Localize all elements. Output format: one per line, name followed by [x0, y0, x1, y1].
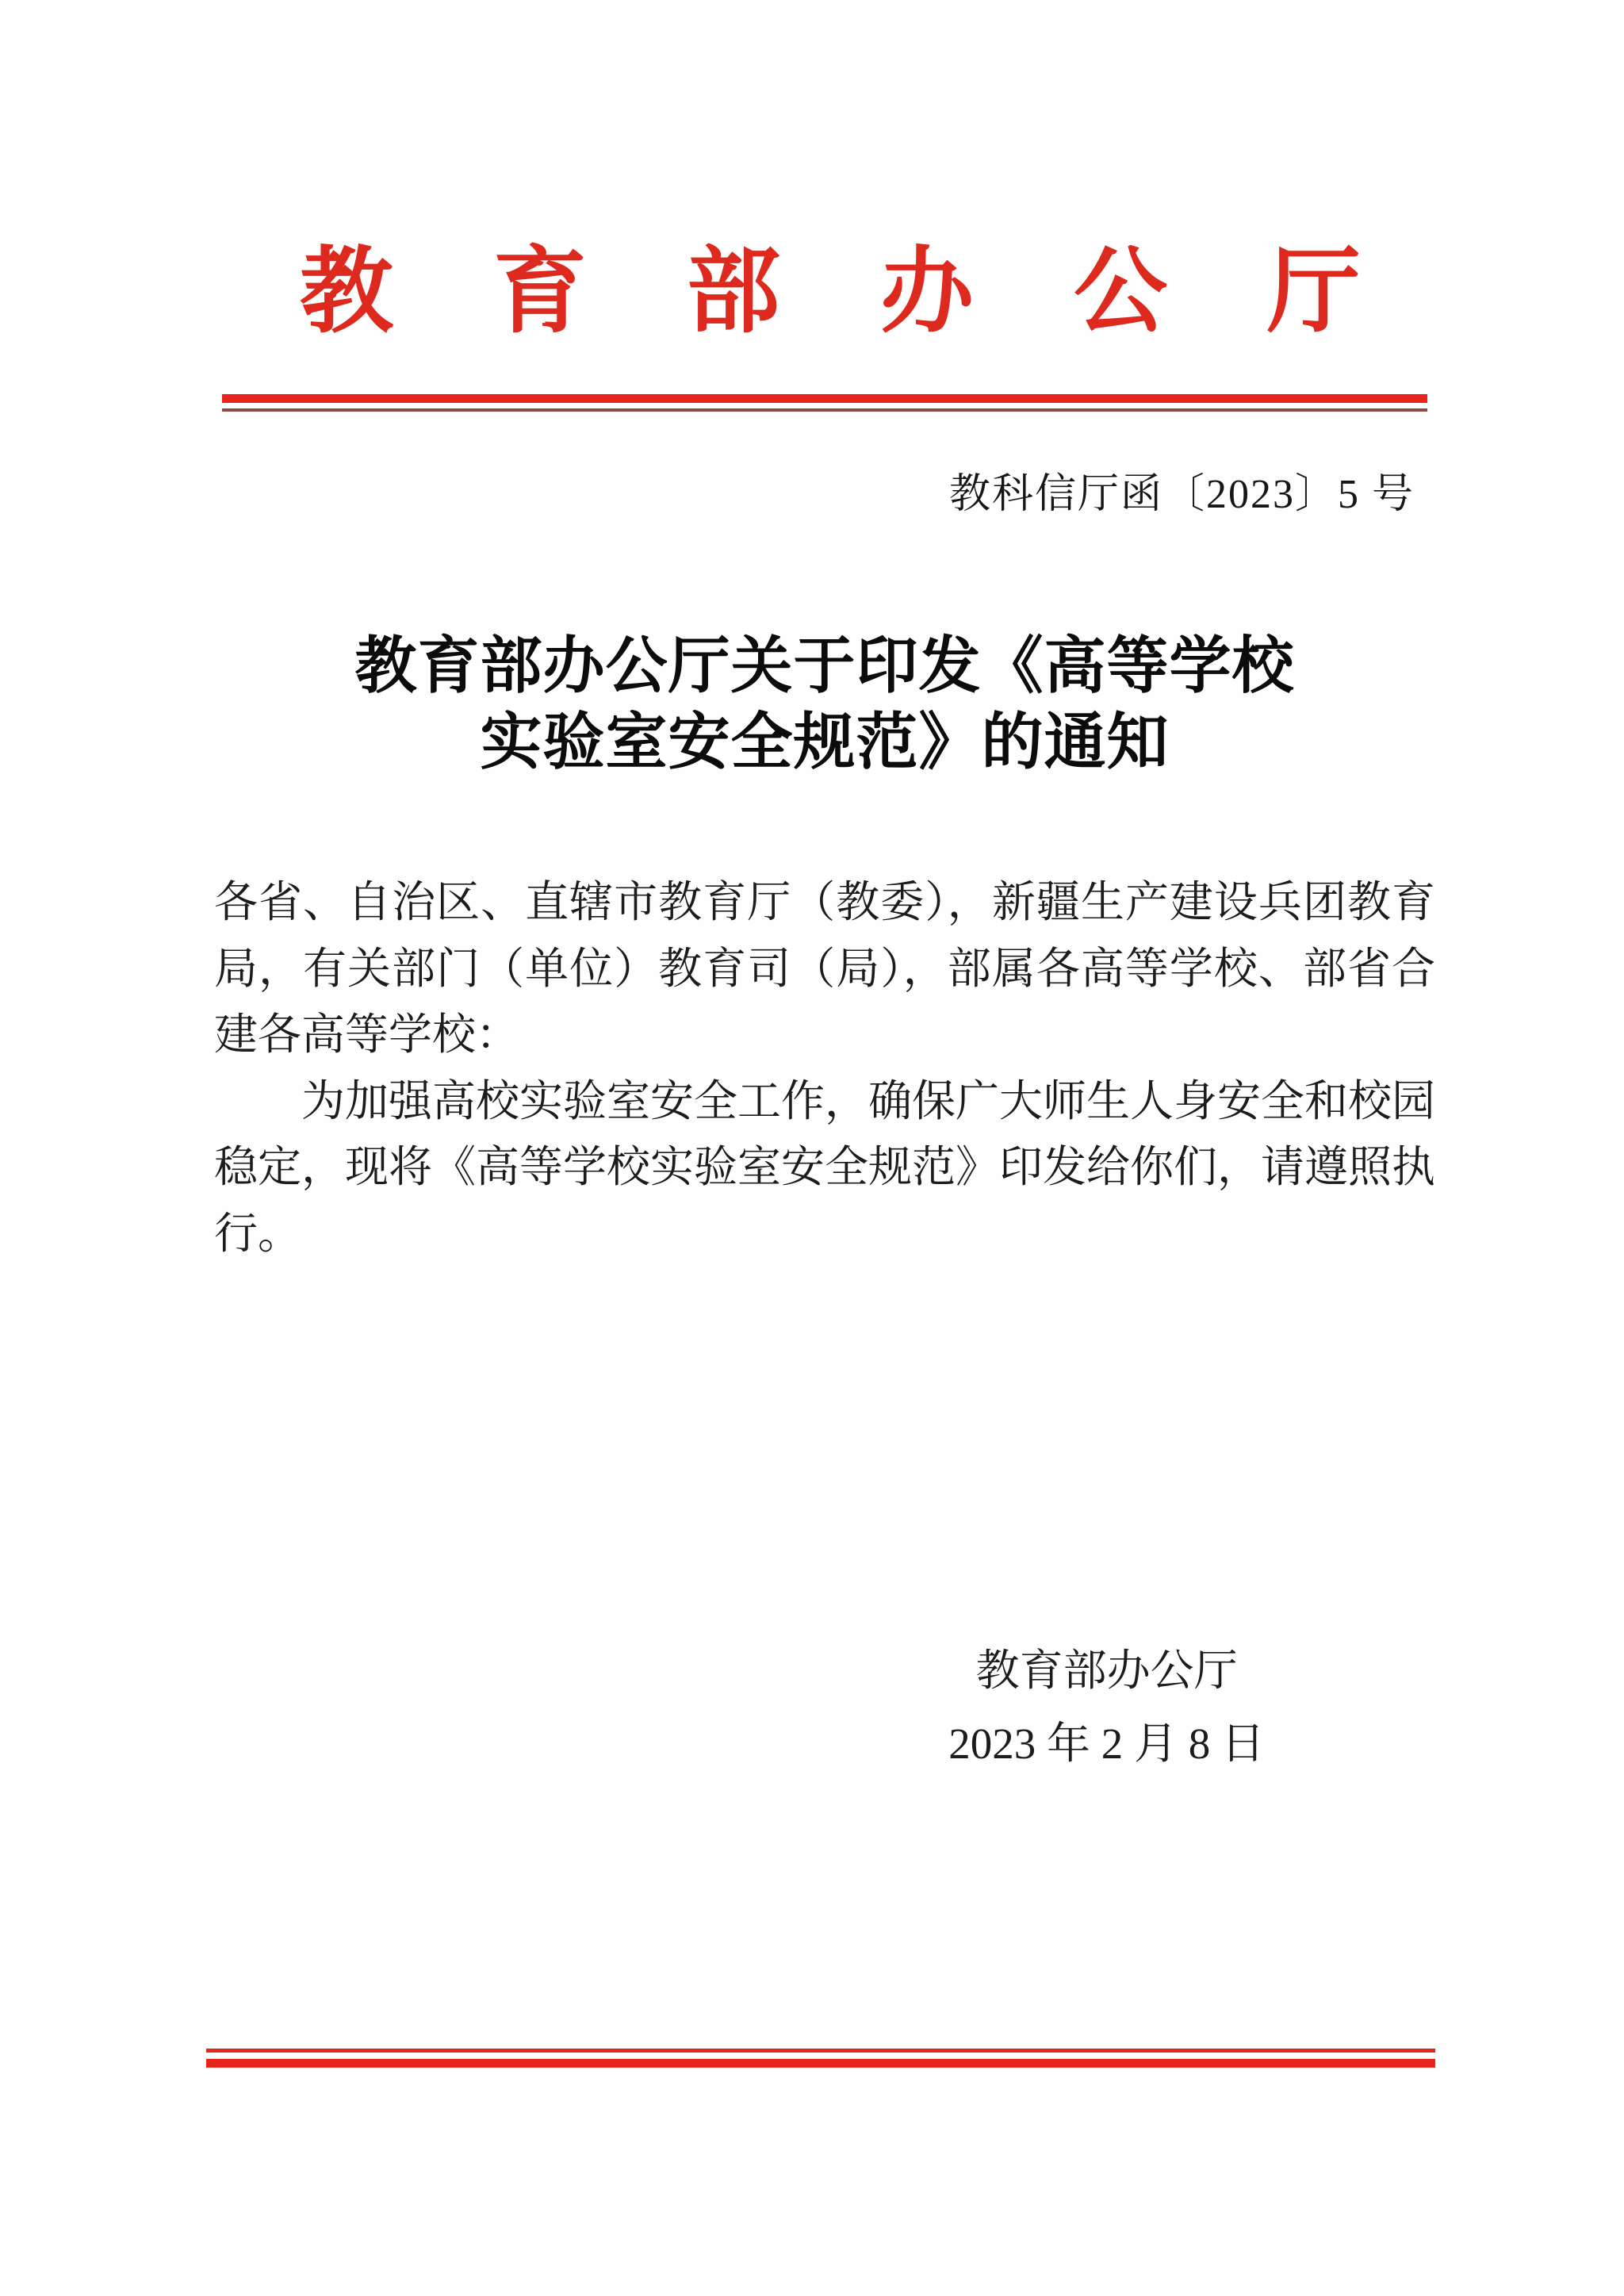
body-paragraph-line: 行。 [214, 1201, 1435, 1267]
signature-block: 教育部办公厅 2023 年 2 月 8 日 [948, 1635, 1265, 1780]
body-paragraph-line: 为加强高校实验室安全工作，确保广大师生人身安全和校园 [214, 1068, 1435, 1135]
letterhead-char: 厅 [1267, 244, 1361, 341]
document-content: 教 育 部 办 公 厅 教科信厅函〔2023〕5 号 教育部办公厅关于印发《高等… [214, 0, 1435, 2296]
recipients-line: 各省、自治区、直辖市教育厅（教委），新疆生产建设兵团教育 [214, 869, 1435, 936]
document-body: 各省、自治区、直辖市教育厅（教委），新疆生产建设兵团教育 局，有关部门（单位）教… [214, 869, 1435, 1267]
recipients-line: 建各高等学校： [214, 1002, 1435, 1068]
letterhead-agency-title: 教 育 部 办 公 厅 [300, 244, 1361, 347]
recipients-line: 局，有关部门（单位）教育司（局），部属各高等学校、部省合 [214, 936, 1435, 1002]
footer-rule-thick [206, 2059, 1435, 2068]
document-title-line2: 实验室安全规范》的通知 [214, 704, 1435, 780]
body-paragraph-line: 稳定，现将《高等学校实验室安全规范》印发给你们，请遵照执 [214, 1134, 1435, 1201]
official-document-page: 教 育 部 办 公 厅 教科信厅函〔2023〕5 号 教育部办公厅关于印发《高等… [0, 0, 1624, 2296]
letterhead-char: 公 [1074, 244, 1167, 341]
footer-rule-thin [206, 2049, 1435, 2053]
header-rule-thin [222, 408, 1427, 412]
letterhead-char: 教 [300, 244, 393, 341]
letterhead-char: 办 [880, 244, 974, 341]
document-number: 教科信厅函〔2023〕5 号 [949, 473, 1415, 517]
signature-date: 2023 年 2 月 8 日 [948, 1708, 1265, 1780]
document-title: 教育部办公厅关于印发《高等学校 实验室安全规范》的通知 [214, 628, 1435, 780]
letterhead-char: 部 [687, 244, 780, 341]
letterhead-char: 育 [493, 244, 587, 341]
header-rule-thick [222, 394, 1427, 403]
signature-office: 教育部办公厅 [948, 1635, 1265, 1708]
document-title-line1: 教育部办公厅关于印发《高等学校 [214, 628, 1435, 704]
